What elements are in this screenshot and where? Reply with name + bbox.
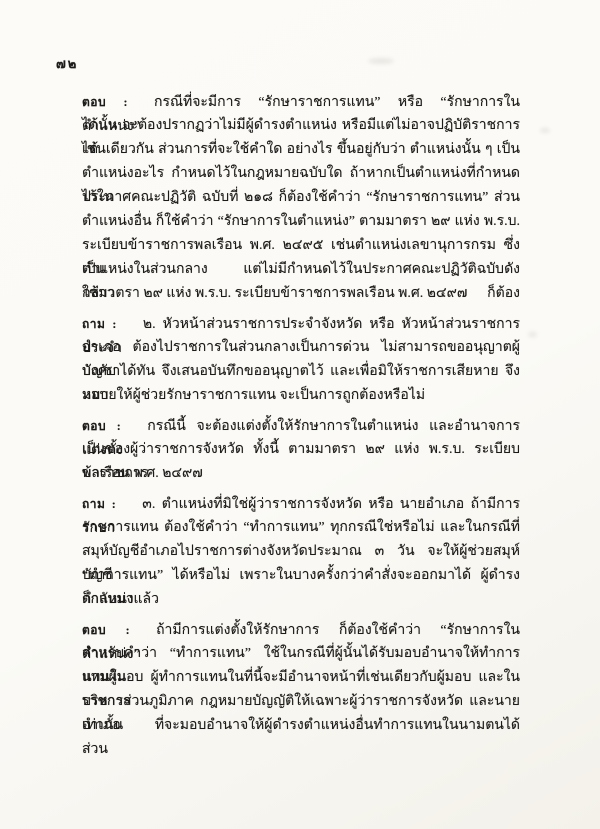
- qa-block: ถาม :๒. หัวหน้าส่วนราชการประจำจังหวัด หร…: [82, 312, 520, 408]
- qa-line: ใช้มาตรา ๒๙ แห่ง พ.ร.บ. ระเบียบข้าราชการ…: [82, 282, 520, 306]
- qa-block: ถาม :๓. ตำแหน่งที่มิใช่ผู้ว่าราชการจังหว…: [82, 492, 520, 612]
- qa-line: บริหารส่วนภูมิภาค กฎหมายบัญญัติให้เฉพาะผ…: [82, 690, 520, 714]
- qa-line: ตำแหน่งในส่วนกลาง แต่ไม่มีกำหนดไว้ในประก…: [82, 258, 520, 282]
- qa-line: เป็นของผู้ว่าราชการจังหวัด ทั้งนี้ ตามมา…: [82, 438, 520, 462]
- qa-line: หมายให้ผู้ช่วยรักษาราชการแทน จะเป็นการถู…: [82, 384, 520, 408]
- qa-line: เท่านั้น ที่จะมอบอำนาจให้ผู้ดำรงตำแหน่งอ…: [82, 714, 520, 738]
- page-number: ๗๒: [56, 53, 78, 74]
- qa-line: อำเภอ ต้องไปราชการในส่วนกลางเป็นการด่วน …: [82, 336, 520, 360]
- qa-line: ตำแหน่งอะไร กำหนดไว้ในกฎหมายฉบับใด ถ้าหา…: [82, 162, 520, 186]
- qa-line: สมุห์บัญชีอำเภอไปราชการต่างจังหวัดประมาณ…: [82, 540, 520, 564]
- document-page: ๗๒ ตอบ :กรณีที่จะมีการ “รักษาราชการแทน” …: [0, 0, 600, 829]
- qa-line: ได้นั้น จะต้องปรากฏว่าไม่มีผู้ดำรงตำแหน่…: [82, 114, 520, 138]
- page-content: ตอบ :กรณีที่จะมีการ “รักษาราชการแทน” หรื…: [82, 90, 520, 744]
- qa-label: ตอบ :: [82, 95, 128, 109]
- qa-line: ตอบ :ถ้ามีการแต่งตั้งให้รักษาการ ก็ต้องใ…: [82, 618, 520, 642]
- qa-block: ตอบ :กรณีที่จะมีการ “รักษาราชการแทน” หรื…: [82, 90, 520, 306]
- qa-label: ตอบ :: [82, 419, 121, 433]
- qa-line: ประกาศคณะปฏิวัติ ฉบับที่ ๒๑๘ ก็ต้องใช้คำ…: [82, 186, 520, 210]
- qa-line: ถาม :๓. ตำแหน่งที่มิใช่ผู้ว่าราชการจังหว…: [82, 492, 520, 516]
- qa-line: “ทำการแทน” ได้หรือไม่ เพราะในบางครั้งกว่…: [82, 564, 520, 588]
- qa-line: ตอบ :กรณีที่จะมีการ “รักษาราชการแทน” หรื…: [82, 90, 520, 114]
- qa-line: บัญชาได้ทัน จึงเสนอบันทึกขออนุญาตไว้ และ…: [82, 360, 520, 384]
- qa-line: นามผู้มอบ ผู้ทำการแทนในที่นี้จะมีอำนาจหน…: [82, 666, 520, 690]
- qa-line: ก็กลับมาแล้ว: [82, 588, 520, 612]
- scan-smudge: [368, 58, 394, 64]
- qa-line: สำหรับคำว่า “ทำการแทน” ใช้ในกรณีที่ผู้นั…: [82, 642, 520, 666]
- qa-block: ตอบ :ถ้ามีการแต่งตั้งให้รักษาการ ก็ต้องใ…: [82, 618, 520, 738]
- scan-smudge: [540, 128, 550, 133]
- qa-label: ตอบ :: [82, 623, 130, 637]
- qa-line: พลเรือน พ.ศ. ๒๔๙๗: [82, 462, 520, 486]
- qa-label: ถาม :: [82, 317, 117, 331]
- qa-line: ระเบียบข้าราชการพลเรือน พ.ศ. ๒๔๙๕ เช่นตำ…: [82, 234, 520, 258]
- qa-label: ถาม :: [82, 497, 116, 511]
- qa-line: ตำแหน่งอื่น ก็ใช้คำว่า “รักษาการในตำแหน่…: [82, 210, 520, 234]
- qa-line: ตอบ :กรณีนี้ จะต้องแต่งตั้งให้รักษาการใน…: [82, 414, 520, 438]
- scan-smudge: [528, 332, 537, 337]
- qa-block: ตอบ :กรณีนี้ จะต้องแต่งตั้งให้รักษาการใน…: [82, 414, 520, 486]
- qa-line: เช่นเดียวกัน ส่วนการที่จะใช้คำใด อย่างไร…: [82, 138, 520, 162]
- qa-line: ถาม :๒. หัวหน้าส่วนราชการประจำจังหวัด หร…: [82, 312, 520, 336]
- qa-line: ราชการแทน ต้องใช้คำว่า “ทำการแทน” ทุกกรณ…: [82, 516, 520, 540]
